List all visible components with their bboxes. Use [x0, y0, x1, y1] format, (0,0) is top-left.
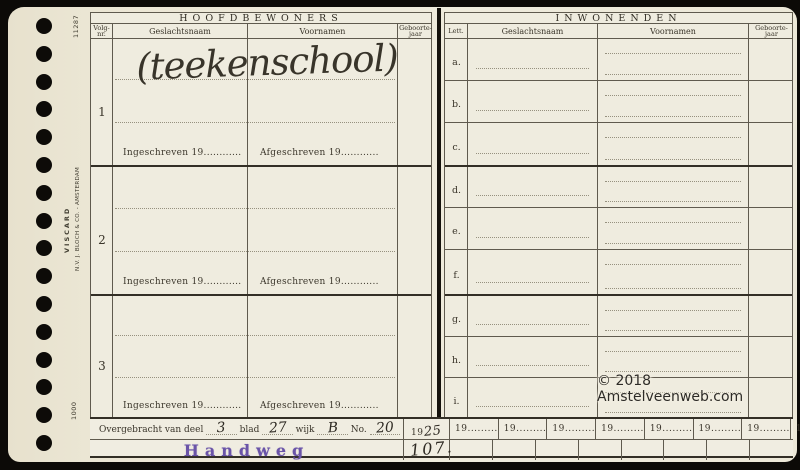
punch-hole: [36, 46, 52, 62]
punch-hole: [36, 213, 52, 229]
lett-cell: g.: [445, 296, 468, 336]
write-line: [605, 412, 741, 413]
column-header-voornamen: Voornamen: [248, 24, 398, 38]
year-cell: 19.........: [450, 419, 499, 439]
letter-label: f.: [445, 270, 468, 281]
empty-cell: [750, 440, 793, 460]
transfer-label: Overgebracht van deel: [99, 425, 203, 435]
punch-hole: [36, 157, 52, 173]
year-cell: 19.........: [499, 419, 548, 439]
row-number: 1: [91, 105, 113, 119]
geboortejaar-cell: [749, 167, 794, 207]
letter-label: c.: [445, 142, 468, 153]
geboortejaar-cell: [749, 250, 794, 294]
write-line: [605, 53, 741, 54]
punch-hole: [36, 185, 52, 201]
copyright-watermark: © 2018 Amstelveenweb.com: [597, 373, 787, 405]
write-line: [605, 371, 741, 372]
row-number: 3: [91, 359, 113, 373]
printer-address: N.V. J. BLOCH & CO. - AMSTERDAM: [75, 175, 81, 271]
afgeschreven-label: Afgeschreven 19............: [260, 401, 379, 411]
column-header-geboortejaar: Geboorte- jaar: [749, 24, 794, 38]
transfer-cell: Overgebracht van deel 3 blad 27 wijk B N…: [90, 419, 404, 439]
geslachtsnaam-cell: [468, 39, 598, 80]
lett-cell: h.: [445, 337, 468, 377]
write-line: [605, 137, 741, 138]
punch-hole: [36, 74, 52, 90]
volgnr-cell: 1: [91, 39, 113, 165]
row-number: 2: [91, 233, 113, 247]
voornamen-cell: [598, 123, 749, 165]
wijk-label: wijk: [296, 425, 315, 435]
serial-bottom-number: 1000: [70, 399, 78, 423]
geslachtsnaam-cell: [468, 337, 598, 377]
geboortejaar-cell: [749, 337, 794, 377]
column-header-volgnr: Volg- nr.: [91, 24, 113, 38]
punch-hole: [36, 324, 52, 340]
write-line: [605, 288, 741, 289]
letter-label: g.: [445, 314, 468, 325]
geboortejaar-cell: [749, 208, 794, 249]
lodger-row: e.: [445, 207, 792, 249]
empty-cell: [450, 440, 493, 460]
write-line: [476, 110, 589, 111]
house-number-handwritten: 107.: [409, 437, 454, 460]
resident-row: 2 Ingeschreven 19............ Afgeschrev…: [91, 165, 431, 294]
voornamen-cell: [598, 296, 749, 336]
inwonenden-title: INWONENDEN: [445, 13, 792, 24]
write-line: [605, 181, 741, 182]
geboortejaar-cell: [398, 167, 433, 294]
geboortejaar-cell: [749, 123, 794, 165]
voornamen-cell: [598, 81, 749, 122]
write-line: [605, 222, 741, 223]
lodger-rows: a.b.c.d.e.f.g.h.i.: [445, 39, 792, 418]
write-line: [115, 335, 395, 336]
street-stamp: Handweg: [90, 441, 403, 460]
year-cell: 19.........: [694, 419, 743, 439]
lett-cell: i.: [445, 378, 468, 418]
lodger-row: b.: [445, 80, 792, 122]
geboortejaar-cell: [749, 81, 794, 122]
write-line: [605, 116, 741, 117]
write-line: [115, 251, 395, 252]
hoofdbewoners-section: HOOFDBEWONERS Volg- nr. Geslachtsnaam Vo…: [90, 12, 432, 417]
letter-label: a.: [445, 57, 468, 68]
lett-cell: d.: [445, 167, 468, 207]
write-line: [476, 68, 589, 69]
street-row: Handweg 107.: [90, 439, 793, 460]
ingeschreven-label: Ingeschreven 19............: [123, 148, 241, 158]
volgnr-cell: 2: [91, 167, 113, 294]
blad-blank: 27: [262, 425, 292, 435]
geslachtsnaam-cell: Ingeschreven 19............: [113, 167, 248, 294]
lett-cell: a.: [445, 39, 468, 80]
punch-hole: [36, 435, 52, 451]
geslachtsnaam-cell: [468, 378, 598, 418]
punch-hole: [36, 18, 52, 34]
hoofdbewoners-title: HOOFDBEWONERS: [91, 13, 431, 24]
afgeschreven-label: Afgeschreven 19............: [260, 277, 379, 287]
year-main-cell: 1925: [404, 419, 450, 439]
ingeschreven-label: Ingeschreven 19............: [123, 401, 241, 411]
house-number-cell: 107.: [404, 440, 450, 460]
write-line: [605, 351, 741, 352]
empty-cell: [622, 440, 665, 460]
write-line: [605, 201, 741, 202]
lett-cell: b.: [445, 81, 468, 122]
lodger-row: d.: [445, 165, 792, 207]
year-cell: 19.........: [645, 419, 694, 439]
empty-cell: [493, 440, 536, 460]
year-prefix: 19: [411, 428, 423, 438]
write-line: [476, 237, 589, 238]
geslachtsnaam-cell: [468, 208, 598, 249]
wijk-value-handwritten: B: [327, 420, 338, 437]
geboortejaar-cell: [398, 296, 433, 418]
voornamen-cell: [598, 167, 749, 207]
geslachtsnaam-cell: [468, 296, 598, 336]
voornamen-cell: [598, 337, 749, 377]
lodger-row: a.: [445, 39, 792, 80]
write-line: [605, 310, 741, 311]
lett-cell: c.: [445, 123, 468, 165]
blad-label: blad: [240, 425, 260, 435]
letter-label: h.: [445, 355, 468, 366]
no-label: No.: [351, 425, 367, 435]
punch-hole: [36, 296, 52, 312]
deel-value-handwritten: 3: [216, 420, 226, 437]
year-cell: 19.........: [596, 419, 645, 439]
lett-cell: e.: [445, 208, 468, 249]
footer-table: Overgebracht van deel 3 blad 27 wijk B N…: [90, 417, 793, 458]
write-line: [605, 74, 741, 75]
lodger-row: f.: [445, 249, 792, 294]
volgnr-cell: 3: [91, 296, 113, 418]
year-cell: 19.........: [742, 419, 791, 439]
transfer-row: Overgebracht van deel 3 blad 27 wijk B N…: [90, 419, 793, 439]
empty-cell: [664, 440, 707, 460]
empty-cell: [579, 440, 622, 460]
voornamen-cell: Afgeschreven 19............: [248, 167, 398, 294]
write-line: [476, 365, 589, 366]
letter-label: d.: [445, 185, 468, 196]
geboortejaar-cell: [749, 296, 794, 336]
write-line: [605, 159, 741, 160]
geslachtsnaam-cell: [468, 81, 598, 122]
column-header-geslachtsnaam: Geslachtsnaam: [113, 24, 248, 38]
no-blank: 20: [370, 425, 400, 435]
inwonenden-column-headers: Lett. Geslachtsnaam Voornamen Geboorte- …: [445, 24, 792, 39]
lodger-row: c.: [445, 122, 792, 165]
column-header-voornamen: Voornamen: [598, 24, 749, 38]
geboortejaar-cell: [749, 39, 794, 80]
empty-cell: [536, 440, 579, 460]
no-value-handwritten: 20: [375, 419, 394, 436]
geslachtsnaam-cell: Ingeschreven 19............: [113, 296, 248, 418]
write-line: [115, 208, 395, 209]
serial-top-number: 11287: [72, 11, 80, 41]
resident-row: 3 Ingeschreven 19............ Afgeschrev…: [91, 294, 431, 418]
write-line: [476, 406, 589, 407]
afgeschreven-label: Afgeschreven 19............: [260, 148, 379, 158]
deel-blank: 3: [206, 425, 236, 435]
letter-label: e.: [445, 226, 468, 237]
year-cell: 19.........: [791, 419, 800, 439]
geslachtsnaam-cell: [468, 167, 598, 207]
street-cell: Handweg: [90, 440, 404, 460]
voornamen-cell: [598, 208, 749, 249]
geslachtsnaam-cell: [468, 250, 598, 294]
letter-label: b.: [445, 99, 468, 110]
write-line: [605, 243, 741, 244]
voornamen-cell: Afgeschreven 19............: [248, 296, 398, 418]
year-cell: 19.........: [547, 419, 596, 439]
lodger-row: g.: [445, 294, 792, 336]
voornamen-cell: [598, 250, 749, 294]
printer-name: VISCARD: [63, 205, 71, 255]
write-line: [476, 324, 589, 325]
write-line: [605, 264, 741, 265]
write-line: [115, 377, 395, 378]
resident-row: 1 Ingeschreven 19............ Afgeschrev…: [91, 39, 431, 165]
voornamen-cell: [598, 39, 749, 80]
letter-label: i.: [445, 396, 468, 407]
write-line: [605, 95, 741, 96]
lett-cell: f.: [445, 250, 468, 294]
punch-hole: [36, 352, 52, 368]
write-line: [115, 122, 395, 123]
write-line: [476, 153, 589, 154]
write-line: [605, 330, 741, 331]
ingeschreven-label: Ingeschreven 19............: [123, 277, 241, 287]
section-divider: [437, 8, 441, 417]
column-header-lett: Lett.: [445, 24, 468, 38]
wijk-blank: B: [317, 425, 347, 435]
write-line: [476, 195, 589, 196]
write-line: [476, 282, 589, 283]
blad-value-handwritten: 27: [268, 419, 287, 436]
geslachtsnaam-cell: [468, 123, 598, 165]
column-header-geslachtsnaam: Geslachtsnaam: [468, 24, 598, 38]
inwonenden-section: INWONENDEN Lett. Geslachtsnaam Voornamen…: [444, 12, 793, 417]
lodger-row: h.: [445, 336, 792, 377]
empty-cell: [707, 440, 750, 460]
